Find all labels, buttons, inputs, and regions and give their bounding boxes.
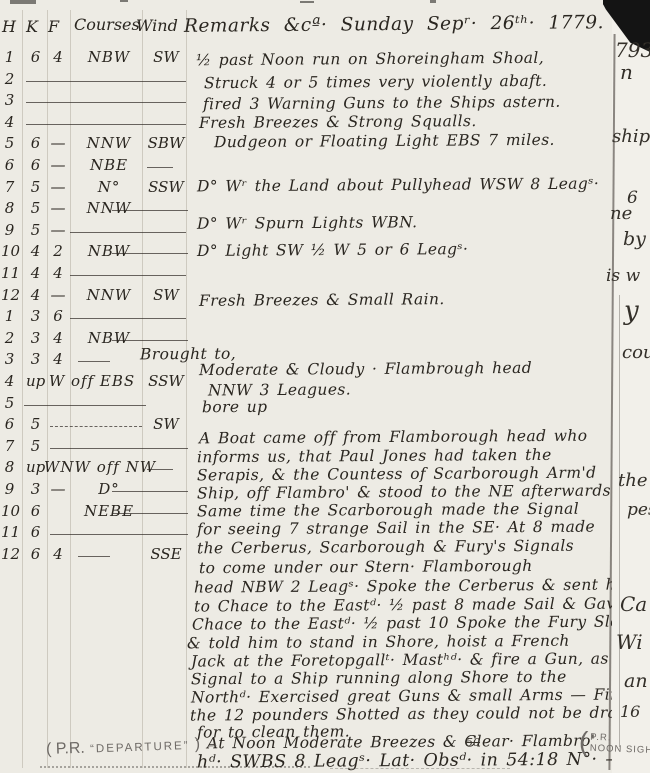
departure-close: ) xyxy=(194,736,200,753)
ditto-rule xyxy=(112,513,188,514)
course-cell: D° xyxy=(74,480,144,498)
hour-cell: 4 xyxy=(1,113,18,131)
fathoms-cell: 6 xyxy=(49,307,67,325)
page-edge-line xyxy=(619,295,620,747)
hour-cell: 6 xyxy=(1,156,18,174)
knots-cell: 6 xyxy=(26,502,45,520)
logbook-page: H K F Courses Wind Remarks &cª· Sunday S… xyxy=(0,0,650,773)
remark-line: D° Wʳ the Land about Pullyhead WSW 8 Lea… xyxy=(197,175,599,196)
remark-line: informs us, that Paul Jones had taken th… xyxy=(197,446,552,466)
remark-line: the Cerberus, Scarborough & Fury's Signa… xyxy=(197,537,574,558)
page-fragment: ship xyxy=(612,126,650,147)
header-fathoms: F xyxy=(48,17,59,36)
page-fragment: n xyxy=(620,60,633,84)
knots-cell: 6 xyxy=(26,134,45,152)
page-fragment: pes xyxy=(627,500,650,520)
hour-cell: 8 xyxy=(1,199,18,217)
course-cell: NBW xyxy=(74,329,144,347)
log-row: 66—NBE xyxy=(0,156,600,177)
knots-cell: 3 xyxy=(26,329,45,347)
hour-cell: 8 xyxy=(1,458,18,476)
ditto-rule xyxy=(26,102,186,103)
page-fragment: 16 xyxy=(620,702,640,721)
page-fragment: cou xyxy=(622,342,650,363)
fathoms-cell: — xyxy=(49,221,67,239)
knots-cell: up xyxy=(26,458,45,476)
remark-line: Moderate & Cloudy · Flambrough head xyxy=(199,359,532,379)
scan-speck-row xyxy=(330,768,510,769)
ditto-rule xyxy=(147,167,173,168)
knots-cell: 6 xyxy=(26,48,45,66)
noon-sight-line1: P.R. xyxy=(590,731,612,743)
course-cell: NNW xyxy=(74,199,144,217)
knots-cell: 6 xyxy=(26,156,45,174)
noon-sight-line2: NOON SIGHT xyxy=(590,742,650,755)
course-cell: WNW off NW xyxy=(44,458,140,476)
fathoms-cell: — xyxy=(49,178,67,196)
wind-cell: SW xyxy=(144,415,188,433)
pencil-annotation-noon-sight: ( P.R. NOON SIGHT ) xyxy=(579,728,650,758)
course-cell: W off EBS xyxy=(44,372,140,390)
ditto-rule xyxy=(50,448,188,449)
page-fragment: by xyxy=(623,228,646,250)
course-cell: NBE xyxy=(74,156,144,174)
remark-line: hᵈ· SWBS 8 Leagˢ· Lat· Obsᵈ· in 54:18 N°… xyxy=(197,750,623,773)
knots-cell: 5 xyxy=(26,415,45,433)
ditto-rule xyxy=(50,426,142,427)
page-fragment: is w xyxy=(606,266,640,286)
fathoms-cell: 4 xyxy=(49,48,67,66)
hour-cell: 9 xyxy=(1,480,18,498)
fathoms-cell: 4 xyxy=(49,545,67,563)
course-cell: NBW xyxy=(74,242,144,260)
hour-cell: 7 xyxy=(1,437,18,455)
adjacent-page-sliver xyxy=(612,0,650,773)
remark-line: Fresh Breezes & Strong Squalls. xyxy=(199,112,477,132)
knots-cell: 5 xyxy=(26,437,45,455)
header-courses: Courses xyxy=(74,15,140,34)
page-fragment: y xyxy=(624,296,639,326)
header-knots: K xyxy=(26,17,38,36)
hour-cell: 7 xyxy=(1,178,18,196)
course-cell: N° xyxy=(74,178,144,196)
fathoms-cell: — xyxy=(49,134,67,152)
hour-cell: 2 xyxy=(1,70,18,88)
knots-cell: 4 xyxy=(26,242,45,260)
hour-cell: 1 xyxy=(1,307,18,325)
arrow-icon: → xyxy=(205,735,220,751)
hour-cell: 5 xyxy=(1,394,18,412)
page-fragment: the xyxy=(618,470,647,491)
ditto-rule xyxy=(112,491,188,492)
scan-speck xyxy=(120,0,128,2)
remark-line: the 12 pounders Shotted as they could no… xyxy=(190,703,641,724)
course-cell: NEBE xyxy=(74,502,144,520)
remark-line: to come under our Stern· Flamborough xyxy=(199,557,533,577)
remark-line: NNW 3 Leagues. xyxy=(208,381,351,400)
knots-cell: 5 xyxy=(26,199,45,217)
fathoms-cell: — xyxy=(49,156,67,174)
hour-cell: 9 xyxy=(1,221,18,239)
page-fragment: 793 xyxy=(615,38,650,62)
departure-word: “DEPARTURE” xyxy=(90,740,190,755)
ditto-rule xyxy=(112,253,188,254)
knots-cell: 6 xyxy=(26,545,45,563)
knots-cell: 3 xyxy=(26,480,45,498)
remark-line: & told him to stand in Shore, hoist a Fr… xyxy=(187,632,570,653)
page-fragment: Ca xyxy=(620,592,647,616)
hour-cell: 11 xyxy=(1,523,18,541)
crossed-out-correction: 50 xyxy=(466,736,480,749)
scan-speck-row xyxy=(40,766,310,768)
hour-cell: 12 xyxy=(1,286,18,304)
knots-cell: 5 xyxy=(26,221,45,239)
header-hours: H xyxy=(2,17,16,36)
hour-cell: 6 xyxy=(1,415,18,433)
ditto-rule xyxy=(26,124,186,125)
ditto-rule xyxy=(147,469,173,470)
page-fragment: ne xyxy=(610,203,632,224)
ditto-rule xyxy=(70,232,186,233)
remark-line: Chace to the Eastᵈ· ½ past 10 Spoke the … xyxy=(192,612,640,633)
log-row: 136 xyxy=(0,307,600,328)
wind-cell: SW xyxy=(144,48,188,66)
hour-cell: 10 xyxy=(1,242,18,260)
noon-sight-text: P.R. NOON SIGHT xyxy=(588,731,650,756)
wind-cell: SSE xyxy=(144,545,188,563)
wind-cell: SBW xyxy=(144,134,188,152)
hour-cell: 3 xyxy=(1,91,18,109)
fathoms-cell: 2 xyxy=(49,242,67,260)
course-cell: NNW xyxy=(74,286,144,304)
pencil-annotation-departure: ( P.R. “DEPARTURE” ) → xyxy=(46,735,220,759)
course-cell: NBW xyxy=(74,48,144,66)
ditto-rule xyxy=(26,81,186,82)
ditto-rule xyxy=(70,275,186,276)
ditto-rule xyxy=(112,210,188,211)
fathoms-cell: — xyxy=(49,199,67,217)
hour-cell: 10 xyxy=(1,502,18,520)
wind-cell: SW xyxy=(144,286,188,304)
hour-cell: 3 xyxy=(1,350,18,368)
knots-cell: 4 xyxy=(26,286,45,304)
ditto-rule xyxy=(24,405,146,406)
hour-cell: 4 xyxy=(1,372,18,390)
knots-cell: 6 xyxy=(26,523,45,541)
remark-line: bore up xyxy=(202,398,268,416)
remark-line: Fresh Breezes & Small Rain. xyxy=(199,290,445,310)
page-fragment: an xyxy=(624,670,648,692)
wind-cell: SSW xyxy=(144,178,188,196)
hour-cell: 5 xyxy=(1,134,18,152)
fathoms-cell: — xyxy=(49,480,67,498)
hour-cell: 1 xyxy=(1,48,18,66)
fathoms-cell: — xyxy=(49,286,67,304)
remark-line: fired 3 Warning Guns to the Ships astern… xyxy=(203,93,561,113)
ditto-rule xyxy=(78,361,110,362)
ditto-rule xyxy=(50,534,188,535)
remark-line: Struck 4 or 5 times very violently abaft… xyxy=(204,72,547,92)
knots-cell: 5 xyxy=(26,178,45,196)
fathoms-cell: 4 xyxy=(49,329,67,347)
page-fragment: Wi xyxy=(616,630,643,654)
scan-speck xyxy=(300,1,314,3)
remark-line: Dudgeon or Floating Light EBS 7 miles. xyxy=(214,131,555,151)
remark-line: Signal to a Ship running along Shore to … xyxy=(191,668,567,689)
remark-line: D° Wʳ Spurn Lights WBN. xyxy=(197,213,418,233)
course-cell: NNW xyxy=(74,134,144,152)
hour-cell: 12 xyxy=(1,545,18,563)
remark-line: ½ past Noon run on Shoreingham Shoal, xyxy=(196,49,544,69)
fathoms-cell: 4 xyxy=(49,264,67,282)
remark-line: A Boat came off from Flamborough head wh… xyxy=(199,427,588,448)
wind-cell: SSW xyxy=(144,372,188,390)
remark-line: for seeing 7 strange Sail in the SE· At … xyxy=(197,518,595,539)
scan-speck xyxy=(10,0,36,4)
log-row: 1144 xyxy=(0,264,600,285)
remark-line: head NBW 2 Leagˢ· Spoke the Cerberus & s… xyxy=(194,575,634,596)
knots-cell: up xyxy=(26,372,45,390)
departure-open: ( P.R. xyxy=(46,740,85,758)
hour-cell: 2 xyxy=(1,329,18,347)
ditto-rule xyxy=(112,340,188,341)
remark-line: D° Light SW ½ W 5 or 6 Leagˢ· xyxy=(197,240,468,260)
knots-cell: 3 xyxy=(26,307,45,325)
scan-speck xyxy=(430,0,436,3)
header-wind: Wind xyxy=(136,16,178,35)
knots-cell: 4 xyxy=(26,264,45,282)
fathoms-cell: 4 xyxy=(49,350,67,368)
knots-cell: 3 xyxy=(26,350,45,368)
hour-cell: 11 xyxy=(1,264,18,282)
ditto-rule xyxy=(70,318,186,319)
log-row: 234NBW xyxy=(0,329,600,350)
header-remarks-date: Remarks &cª· Sunday Sepʳ· 26ᵗʰ· 1779. xyxy=(184,12,604,37)
ditto-rule xyxy=(78,556,110,557)
